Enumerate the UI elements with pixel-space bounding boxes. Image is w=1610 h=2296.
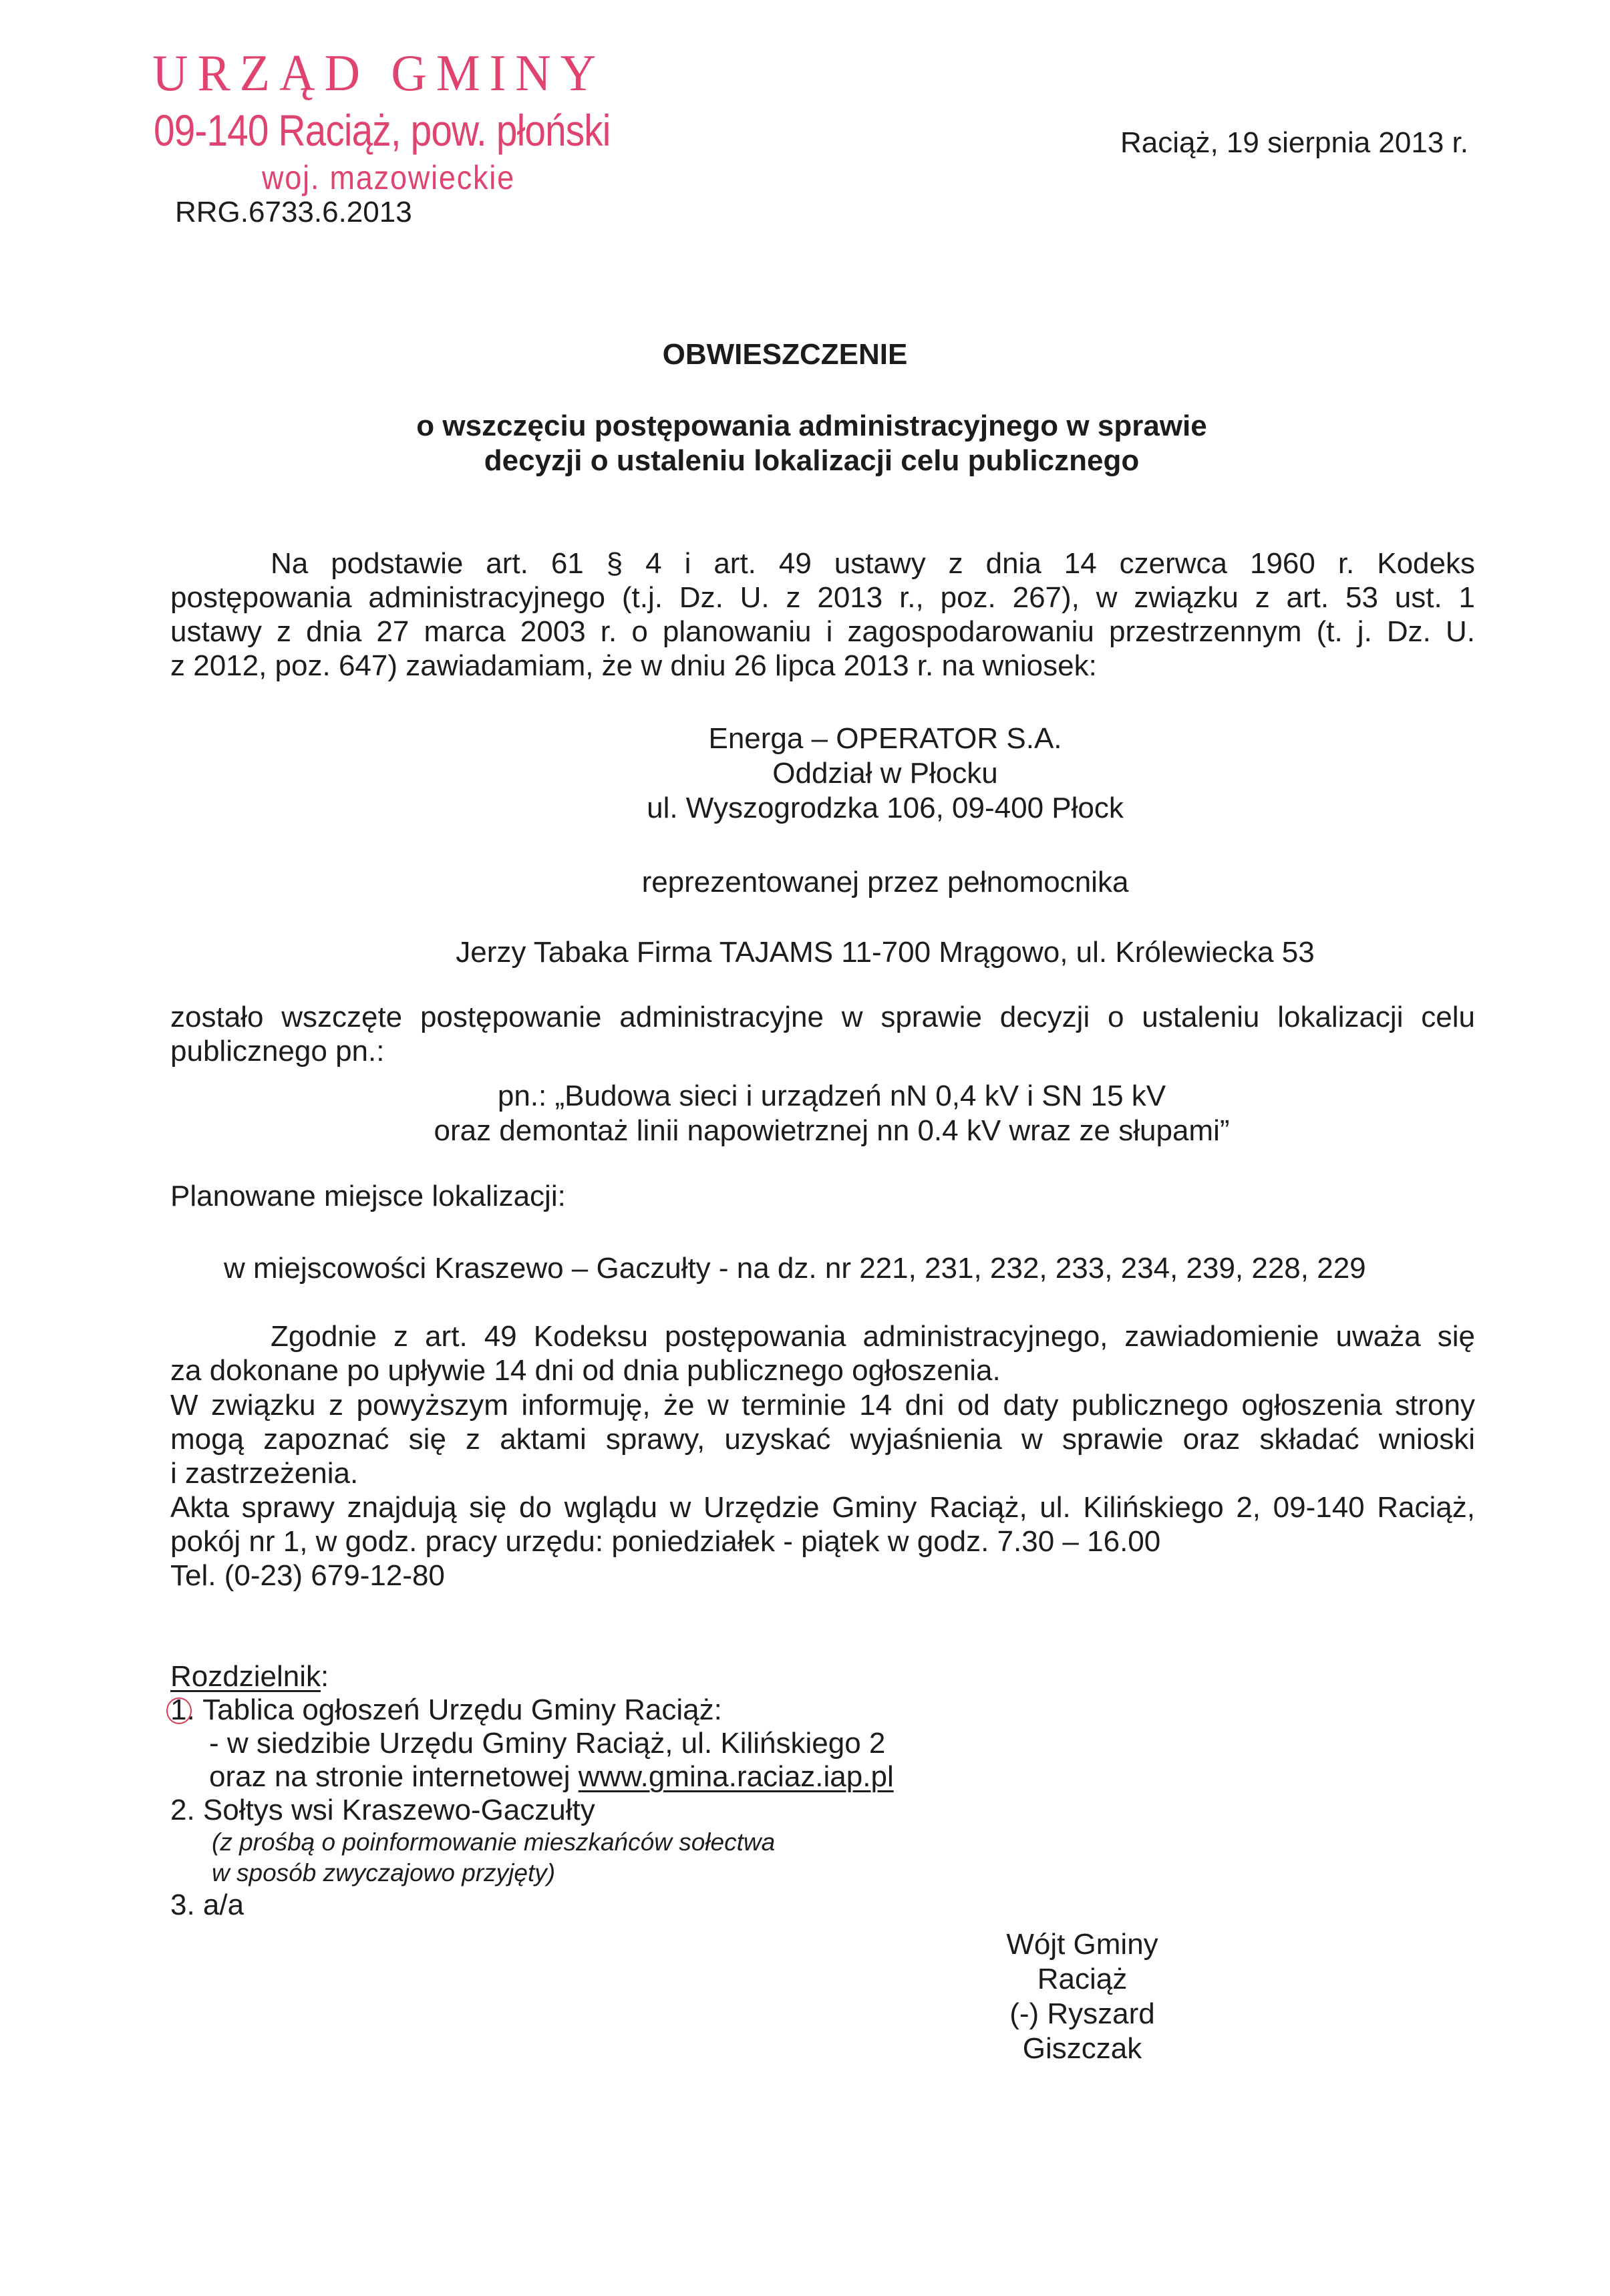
distribution-label: Rozdzielnik [170,1660,321,1693]
paragraph-line: postępowania administracyjnego (t.j. Dz.… [170,581,1475,615]
proxy-details: Jerzy Tabaka Firma TAJAMS 11-700 Mrągowo… [80,935,1610,970]
item-text: oraz na stronie internetowej [209,1760,579,1793]
location-parcels: w miejscowości Kraszewo – Gaczułty - na … [224,1251,1366,1286]
paragraph-line: za dokonane po upływie 14 dni od dnia pu… [170,1353,1475,1387]
case-files-paragraph: Akta sprawy znajdują się do wglądu w Urz… [170,1490,1475,1593]
paragraph-line: mogą zapoznać się z aktami sprawy, uzysk… [170,1422,1475,1456]
signatory-name: (-) Ryszard Giszczak [969,1997,1196,2066]
project-name-line: oraz demontaż linii napowietrznej nn 0.4… [27,1114,1610,1148]
website-link[interactable]: www.gmina.raciaz.iap.pl [579,1760,894,1793]
document-title: OBWIESZCZENIE [0,337,1590,372]
circled-number-mark: 1 [170,1693,186,1727]
paragraph-line: zostało wszczęte postępowanie administra… [170,1000,1475,1034]
legal-basis-paragraph: Na podstawie art. 61 § 4 i art. 49 ustaw… [170,546,1475,683]
paragraph-line: i zastrzeżenia. [170,1456,1475,1490]
paragraph-line: z 2012, poz. 647) zawiadamiam, że w dniu… [170,649,1475,683]
project-name: pn.: „Budowa sieci i urządzeń nN 0,4 kV … [27,1079,1610,1148]
distribution-item-1-web: oraz na stronie internetowej www.gmina.r… [170,1760,894,1794]
distribution-item-1: 1. Tablica ogłoszeń Urzędu Gminy Raciąż: [170,1693,894,1727]
applicant-name: Energa – OPERATOR S.A. [80,721,1610,756]
distribution-item-2: 2. Sołtys wsi Kraszewo-Gaczułty [170,1794,894,1827]
notice-paragraph: Zgodnie z art. 49 Kodeksu postępowania a… [170,1319,1475,1387]
applicant-branch: Oddział w Płocku [80,756,1610,791]
distribution-list: Rozdzielnik: 1. Tablica ogłoszeń Urzędu … [170,1660,894,1922]
applicant-block: Energa – OPERATOR S.A. Oddział w Płocku … [80,721,1610,826]
project-name-line: pn.: „Budowa sieci i urządzeń nN 0,4 kV … [27,1079,1610,1114]
paragraph-line: Akta sprawy znajdują się do wglądu w Urz… [170,1490,1475,1524]
distribution-item-2-note: (z prośbą o poinformowanie mieszkańców s… [170,1827,894,1858]
document-subtitle: o wszczęciu postępowania administracyjne… [7,409,1610,478]
paragraph-line: pokój nr 1, w godz. pracy urzędu: ponied… [170,1524,1475,1559]
paragraph-line: Na podstawie art. 61 § 4 i art. 49 ustaw… [170,546,1475,581]
info-paragraph: W związku z powyższym informuję, że w te… [170,1388,1475,1490]
office-stamp-region: woj. mazowieckie [262,159,515,196]
place-date: Raciąż, 19 sierpnia 2013 r. [1120,126,1468,160]
case-reference: RRG.6733.6.2013 [175,195,412,230]
distribution-item-3: 3. a/a [170,1889,894,1922]
signatory-title: Wójt Gminy Raciąż [969,1927,1196,1997]
signature-block: Wójt Gminy Raciąż (-) Ryszard Giszczak [969,1927,1196,2066]
subtitle-line: o wszczęciu postępowania administracyjne… [7,409,1610,444]
distribution-colon: : [321,1660,329,1693]
paragraph-line: Tel. (0-23) 679-12-80 [170,1559,1475,1593]
paragraph-line: W związku z powyższym informuję, że w te… [170,1388,1475,1422]
applicant-address: ul. Wyszogrodzka 106, 09-400 Płock [80,791,1610,826]
initiation-paragraph: zostało wszczęte postępowanie administra… [170,1000,1475,1068]
subtitle-line: decyzji o ustaleniu lokalizacji celu pub… [7,444,1610,478]
distribution-item-1-sub: - w siedzibie Urzędu Gminy Raciąż, ul. K… [170,1727,894,1760]
represented-by-label: reprezentowanej przez pełnomocnika [80,865,1610,900]
distribution-item-2-note: w sposób zwyczajowo przyjęty) [170,1858,894,1889]
item-text: . Tablica ogłoszeń Urzędu Gminy Raciąż: [186,1693,721,1726]
paragraph-line: ustawy z dnia 27 marca 2003 r. o planowa… [170,615,1475,649]
office-stamp-title: URZĄD GMINY [152,45,605,102]
planned-location-label: Planowane miejsce lokalizacji: [170,1179,566,1214]
office-stamp-address: 09-140 Raciąż, pow. płoński [154,107,611,154]
paragraph-line: publicznego pn.: [170,1034,1475,1068]
paragraph-line: Zgodnie z art. 49 Kodeksu postępowania a… [170,1319,1475,1353]
distribution-heading: Rozdzielnik: [170,1660,894,1693]
